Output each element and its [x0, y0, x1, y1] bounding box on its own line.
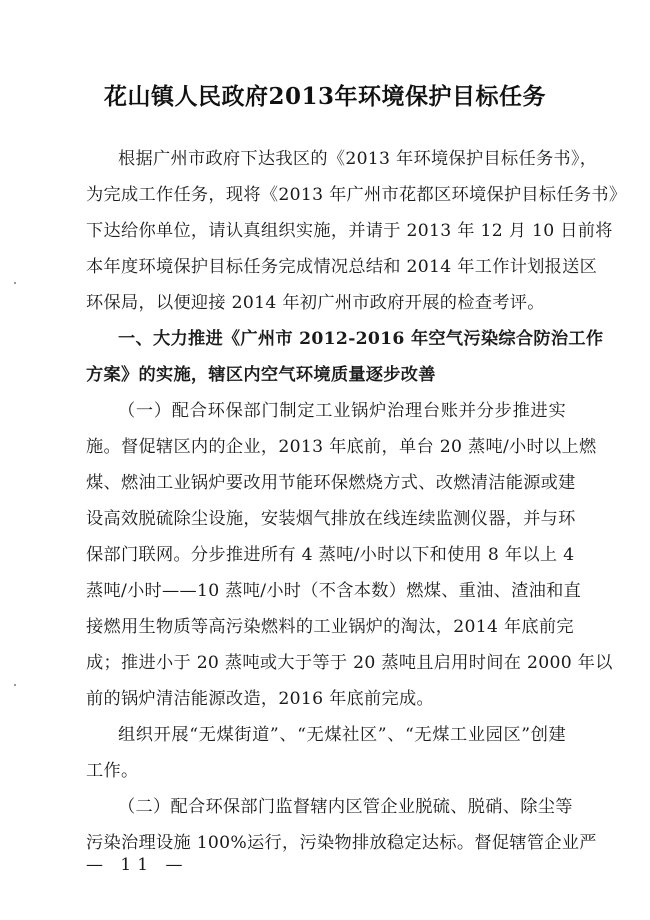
page-number: — 11 —	[86, 855, 188, 875]
paragraph-line: （一）配合环保部门制定工业锅炉治理台账并分步推进实	[118, 400, 566, 422]
paragraph-line: 前的锅炉清洁能源改造，2016 年底前完成。	[86, 688, 566, 710]
paragraph-line: 工作。	[86, 760, 566, 782]
paragraph-line: 下达给你单位，请认真组织实施，并请于 2013 年 12 月 10 日前将	[86, 220, 566, 242]
paragraph-line: 设高效脱硫除尘设施，安装烟气排放在线连续监测仪器，并与环	[86, 508, 566, 530]
section-heading-line: 方案》的实施，辖区内空气环境质量逐步改善	[86, 364, 566, 386]
paragraph-line: 保部门联网。分步推进所有 4 蒸吨/小时以下和使用 8 年以上 4	[86, 544, 566, 566]
document-title: 花山镇人民政府2013年环境保护目标任务	[0, 78, 650, 111]
paragraph-line: 煤、燃油工业锅炉要改用节能环保燃烧方式、改燃清洁能源或建	[86, 472, 566, 494]
scan-speck	[14, 684, 16, 686]
paragraph-line: 本年度环境保护目标任务完成情况总结和 2014 年工作计划报送区	[86, 256, 566, 278]
paragraph-line: 为完成工作任务，现将《2013 年广州市花都区环境保护目标任务书》	[86, 184, 566, 206]
paragraph-line: 接燃用生物质等高污染燃料的工业锅炉的淘汰，2014 年底前完	[86, 616, 566, 638]
paragraph-line: 施。督促辖区内的企业，2013 年底前，单台 20 蒸吨/小时以上燃	[86, 436, 566, 458]
paragraph-line: 组织开展“无煤街道”、“无煤社区”、“无煤工业园区”创建	[118, 724, 566, 746]
document-page: 花山镇人民政府2013年环境保护目标任务 根据广州市政府下达我区的《2013 年…	[0, 0, 650, 920]
section-heading-line: 一、大力推进《广州市 2012-2016 年空气污染综合防治工作	[118, 328, 566, 350]
paragraph-line: 蒸吨/小时——10 蒸吨/小时（不含本数）燃煤、重油、渣油和直	[86, 580, 566, 602]
paragraph-line: （二）配合环保部门监督辖内区管企业脱硫、脱硝、除尘等	[118, 796, 566, 818]
paragraph-line: 根据广州市政府下达我区的《2013 年环境保护目标任务书》，	[118, 148, 566, 170]
paragraph-line: 环保局，以便迎接 2014 年初广州市政府开展的检查考评。	[86, 292, 566, 314]
paragraph-line: 污染治理设施 100%运行，污染物排放稳定达标。督促辖管企业严	[86, 832, 566, 854]
paragraph-line: 成；推进小于 20 蒸吨或大于等于 20 蒸吨且启用时间在 2000 年以	[86, 652, 566, 674]
scan-speck	[14, 282, 16, 284]
